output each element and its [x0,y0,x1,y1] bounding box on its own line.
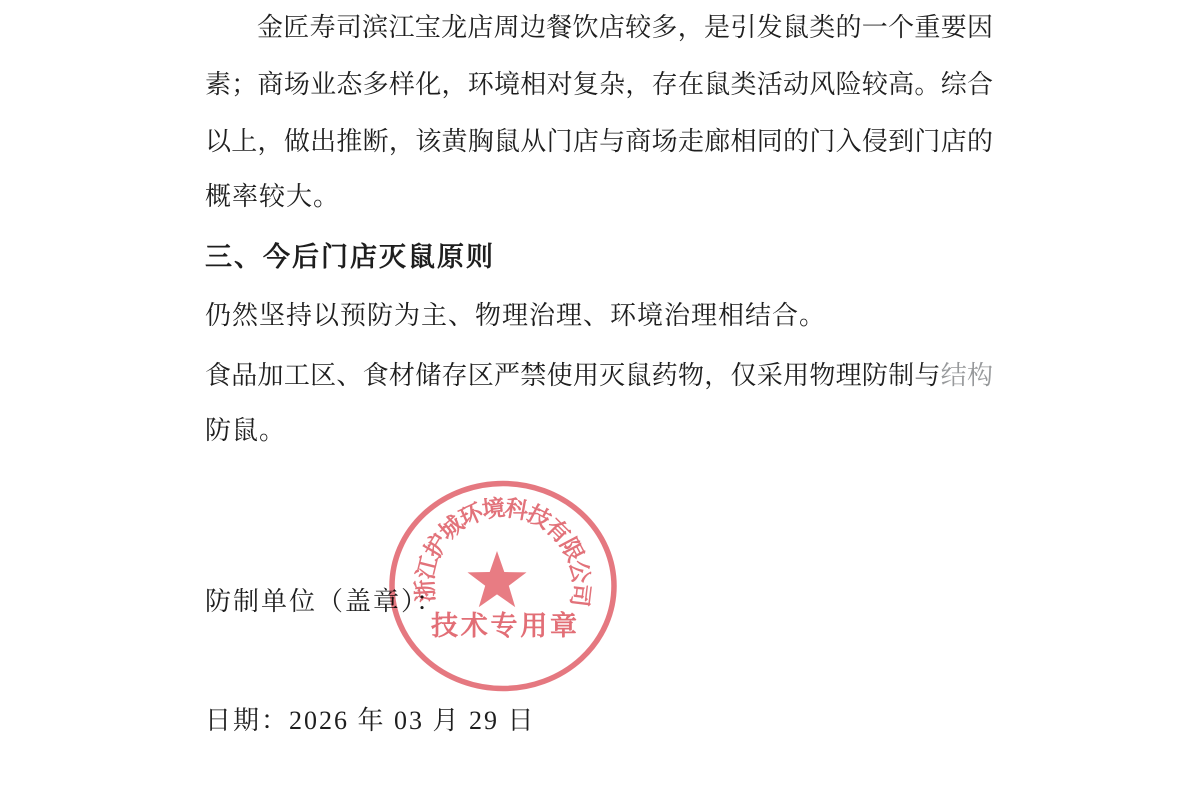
document-page: 金匠寿司滨江宝龙店周边餐饮店较多，是引发鼠类的一个重要因 素；商场业态多样化，环… [0,0,1179,812]
paragraph-line: 金匠寿司滨江宝龙店周边餐饮店较多，是引发鼠类的一个重要因 [205,12,993,44]
paragraph-line: 食品加工区、食材储存区严禁使用灭鼠药物，仅采用物理防制与结构 [205,360,993,392]
unit-seal-label: 防制单位（盖章）： [205,586,993,618]
paragraph-line: 素；商场业态多样化，环境相对复杂，存在鼠类活动风险较高。综合 [205,69,993,101]
date-line: 日期：2026 年 03 月 29 日 [205,705,993,737]
paragraph-line: 防鼠。 [205,415,993,447]
principle-line: 仍然坚持以预防为主、物理治理、环境治理相结合。 [205,300,993,332]
paragraph-line: 概率较大。 [205,181,993,213]
food-line-main: 食品加工区、食材储存区严禁使用灭鼠药物，仅采用物理防制与 [205,361,941,390]
section-heading: 三、今后门店灭鼠原则 [205,241,993,273]
food-line-faded-text: 结构 [941,361,993,390]
paragraph-line: 以上，做出推断，该黄胸鼠从门店与商场走廊相同的门入侵到门店的 [205,126,993,158]
